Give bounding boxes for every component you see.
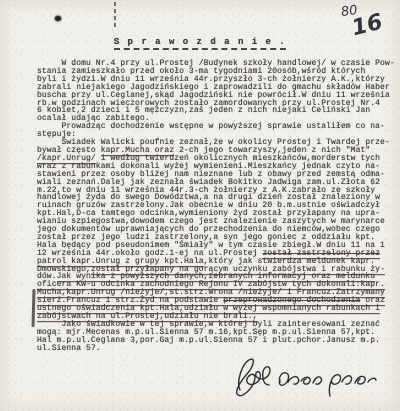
ink-blot-mark [55,16,61,21]
text-segment: Prowadząc dochodzenie wstępne w powyższe… [37,122,385,131]
report-title: S p r a w o z d a n i e . [114,37,287,50]
fold-crease-mark [114,2,116,30]
body-line: Prowadząc dochodzenie wstępne w powyższe… [37,123,393,131]
scanned-report-page: 80 16 S p r a w o z d a n i e . W domu N… [0,0,400,411]
text-segment: ul.Sienna 57. [37,344,101,353]
margin-pen-mark [32,289,35,327]
handwritten-signature [218,352,383,404]
report-title-wrap: S p r a w o z d a n i e . [0,31,400,50]
body-text: W domu Nr.4 przy ul.Prostej /Budynek szk… [37,60,393,353]
